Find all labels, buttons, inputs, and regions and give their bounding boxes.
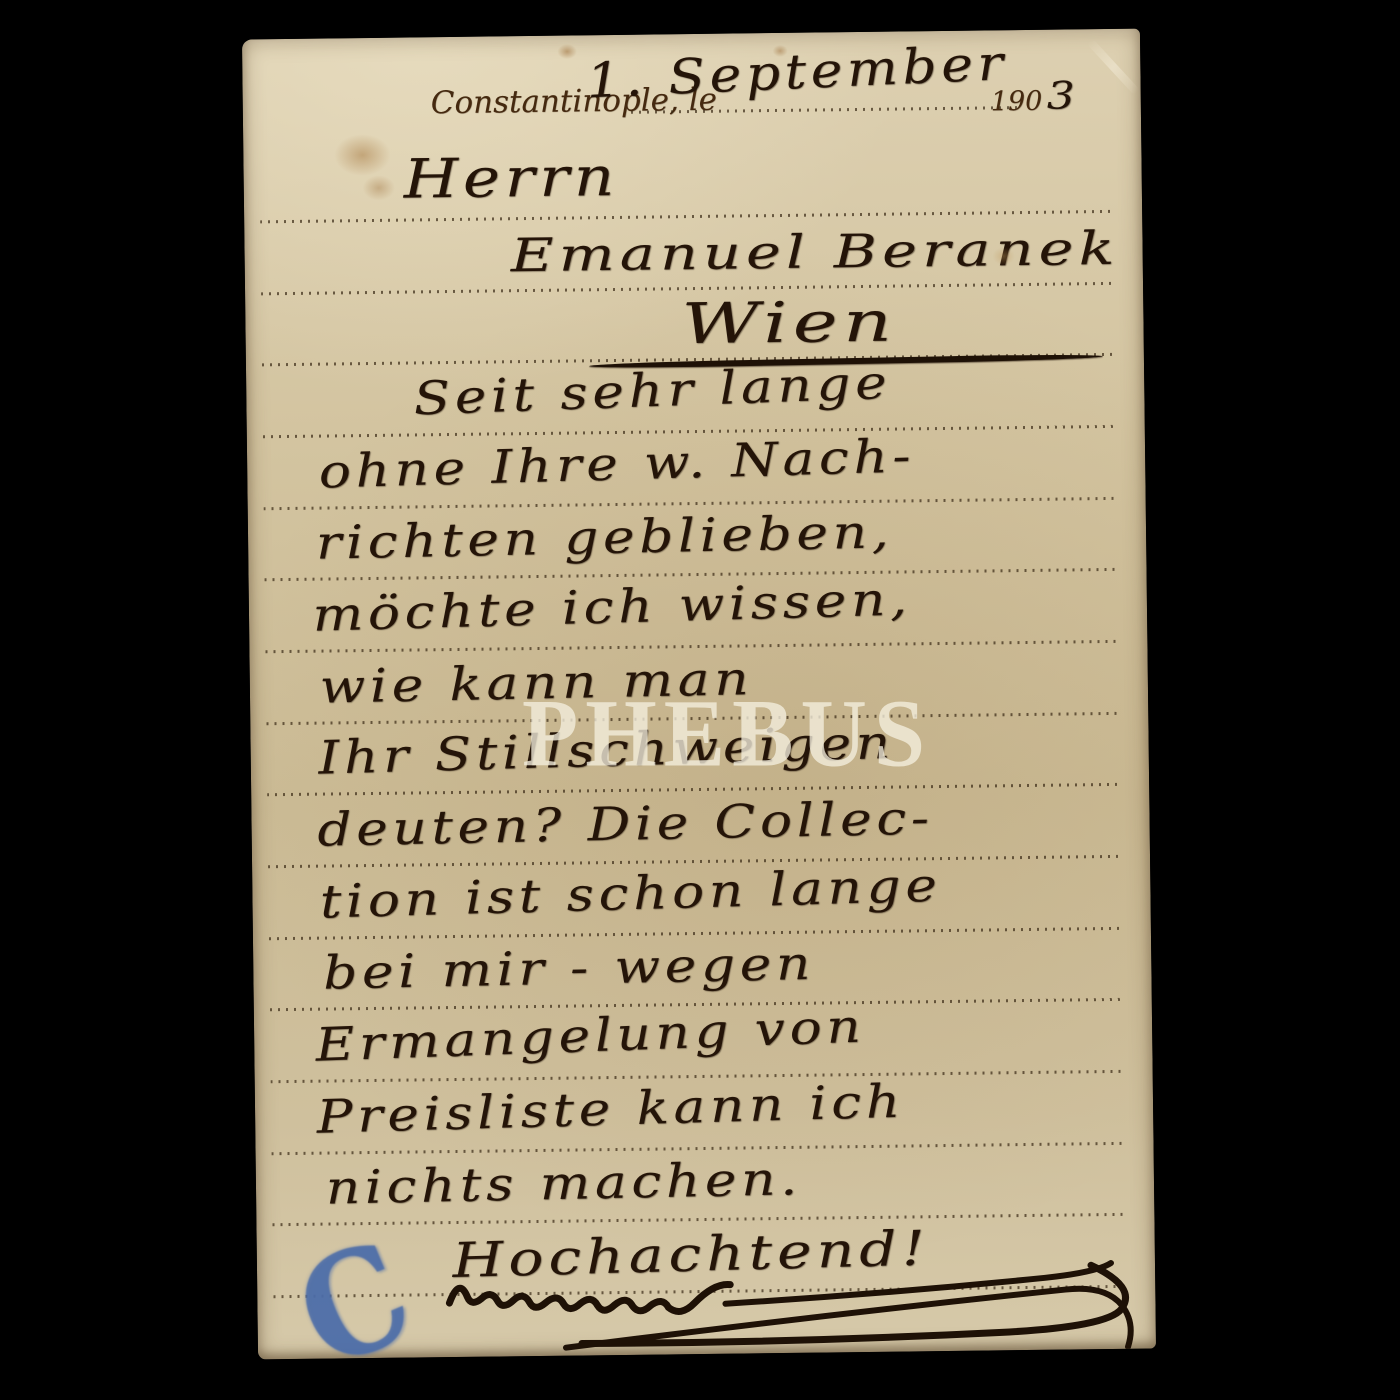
handwriting-line: richten geblieben,	[315, 504, 893, 569]
handwriting-line: deuten? Die Collec-	[317, 791, 934, 857]
dotted-rule-line	[260, 210, 1112, 223]
handwriting-line: Seit sehr lange	[412, 355, 892, 426]
handwritten-year-digit: 3	[1046, 73, 1079, 117]
handwriting-line: ohne Ihre w. Nach-	[318, 428, 916, 498]
salutation: Herrn	[403, 145, 619, 211]
letterhead-year-label: 190	[991, 86, 1043, 118]
foxing-stain	[554, 41, 580, 61]
recipient-name: Emanuel Beranek	[510, 221, 1119, 282]
handwriting-line: nichts machen.	[325, 1151, 802, 1214]
photograph-background: Constantinople, le 1. September 190 3 He…	[0, 0, 1400, 1400]
phebus-watermark: PHEBUS	[522, 677, 932, 788]
foxing-stain	[356, 170, 402, 207]
handwriting-line: möchte ich wissen,	[312, 571, 913, 641]
handwritten-date: 1. September	[585, 35, 1009, 109]
handwriting-line: tion ist schon lange	[319, 858, 942, 929]
foxing-stain	[323, 126, 402, 185]
handwriting-line: bei mir - wegen	[322, 936, 815, 1000]
recipient-city: Wien	[681, 290, 897, 358]
handwriting-line: Preisliste kann ich	[316, 1074, 906, 1144]
dotted-rule-line	[272, 1213, 1124, 1226]
corner-crease	[1087, 38, 1140, 95]
signature	[435, 1252, 1172, 1357]
blue-handstamp-mark: C	[276, 1209, 434, 1400]
